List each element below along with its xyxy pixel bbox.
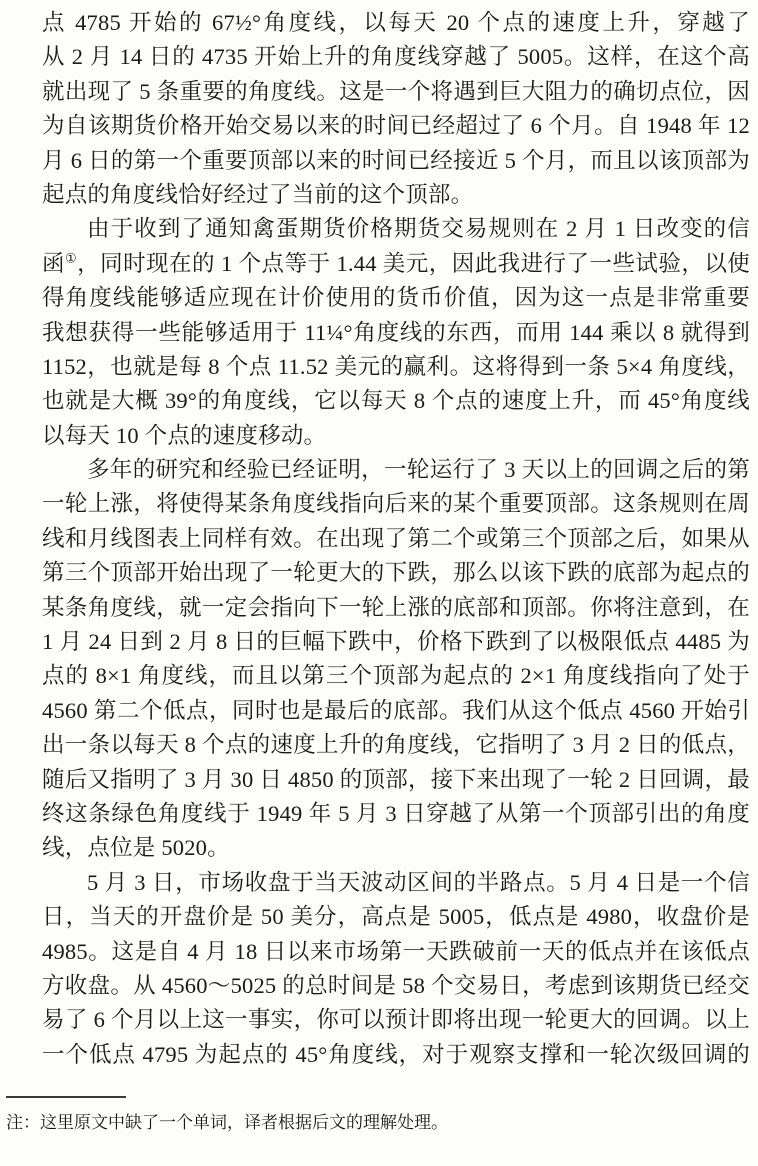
text-line: 点的 8×1 角度线，而且以第三个顶部为起点的 2×1 角度线指向了处于	[42, 659, 750, 693]
text-line: 1152，也就是每 8 个点 11.52 美元的赢利。这将得到一条 5×4 角度…	[42, 350, 750, 384]
text-line: 也就是大概 39°的角度线，它以每天 8 个点的速度上升，而 45°角度线则	[42, 384, 750, 418]
text-line: 线和月线图表上同样有效。在出现了第二个或第三个顶部之后，如果从	[42, 522, 750, 556]
text-line: 函①，同时现在的 1 个点等于 1.44 美元，因此我进行了一些试验，以使	[42, 247, 750, 281]
text-line: 多年的研究和经验已经证明，一轮运行了 3 天以上的回调之后的第	[42, 453, 750, 487]
text-line: 某条角度线，就一定会指向下一轮上涨的底部和顶部。你将注意到，在	[42, 591, 750, 625]
footnote-marker: ①	[65, 250, 77, 265]
text-line: 从 2 月 14 日的 4735 开始上升的角度线穿越了 5005。这样，在这个…	[42, 40, 750, 74]
text-line: 终这条绿色角度线于 1949 年 5 月 3 日穿越了从第一个顶部引出的角度	[42, 797, 750, 831]
text-line: 第三个顶部开始出现了一轮更大的下跌，那么以该下跌的底部为起点的	[42, 556, 750, 590]
text-line: 起点的角度线恰好经过了当前的这个顶部。	[42, 178, 750, 212]
text-line: 1 月 24 日到 2 月 8 日的巨幅下跌中，价格下跌到了以极限低点 4485…	[42, 625, 750, 659]
text-line: 4560 第二个低点，同时也是最后的底部。我们从这个低点 4560 开始引	[42, 694, 750, 728]
text-line: 就出现了 5 条重要的角度线。这是一个将遇到巨大阻力的确切点位，因	[42, 75, 750, 109]
text-line: 方收盘。从 4560～5025 的总时间是 58 个交易日，考虑到该期货已经交	[42, 969, 750, 1003]
text-line: 线，点位是 5020。	[42, 831, 750, 865]
text-line: 4985。这是自 4 月 18 日以来市场第一天跌破前一天的低点并在该低点下	[42, 935, 750, 969]
text-line: 点 4785 开始的 67½°角度线，以每天 20 个点的速度上升，穿越了 50…	[42, 6, 750, 40]
text-line: 出一条以每天 8 个点的速度上升的角度线，它指明了 3 月 2 日的低点，	[42, 728, 750, 762]
text-line: 随后又指明了 3 月 30 日 4850 的顶部，接下来出现了一轮 2 日回调，…	[42, 763, 750, 797]
text-line: 一个低点 4795 为起点的 45°角度线，对于观察支撑和一轮次级回调的出	[42, 1038, 750, 1072]
book-page: 点 4785 开始的 67½°角度线，以每天 20 个点的速度上升，穿越了 50…	[0, 0, 758, 1166]
footnote-text: 注：这里原文中缺了一个单词，译者根据后文的理解处理。	[6, 1112, 746, 1134]
text-line: 我想获得一些能够适用于 11¼°角度线的东西，而用 144 乘以 8 就得到	[42, 316, 750, 350]
text-line: 以每天 10 个点的速度移动。	[42, 419, 750, 453]
footnote-divider	[6, 1096, 126, 1098]
text-line: 日，当天的开盘价是 50 美分，高点是 5005，低点是 4980，收盘价是	[42, 900, 750, 934]
text-line: 得角度线能够适应现在计价使用的货币价值，因为这一点是非常重要的。	[42, 281, 750, 315]
footnote: 注：这里原文中缺了一个单词，译者根据后文的理解处理。	[6, 1096, 746, 1134]
text-line: 月 6 日的第一个重要顶部以来的时间已经接近 5 个月，而且以该顶部为	[42, 144, 750, 178]
text-line: 一轮上涨，将使得某条角度线指向后来的某个重要顶部。这条规则在周	[42, 487, 750, 521]
text-line: 为自该期货价格开始交易以来的时间已经超过了 6 个月。自 1948 年 12	[42, 109, 750, 143]
text-line: 易了 6 个月以上这一事实，你可以预计即将出现一轮更大的回调。以上	[42, 1003, 750, 1037]
page-body: 点 4785 开始的 67½°角度线，以每天 20 个点的速度上升，穿越了 50…	[42, 6, 750, 1072]
text-line: 由于收到了通知禽蛋期货价格期货交易规则在 2 月 1 日改变的信	[42, 212, 750, 246]
text-line: 5 月 3 日，市场收盘于当天波动区间的半路点。5 月 4 日是一个信号	[42, 866, 750, 900]
